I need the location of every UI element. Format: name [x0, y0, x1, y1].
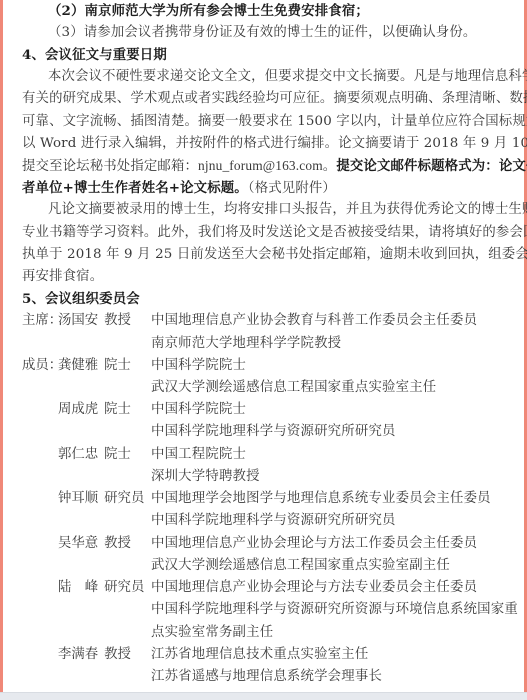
committee-chair: 主席：汤国安教授 [22, 310, 131, 332]
person-desc: 武汉大学测绘遥感信息工程国家重点实验室主任 [151, 377, 436, 399]
page-border-left [0, 0, 3, 693]
committee-member: 李满春教授 [58, 644, 131, 666]
members-label: 成员： [22, 355, 58, 377]
chair-label: 主席： [22, 310, 58, 332]
para2-line: 执单于 2018 年 9 月 25 日前发送至大会秘书处指定邮箱，逾期未收到回执… [22, 244, 527, 266]
person-title: 院士 [104, 355, 131, 377]
para1-line: 有关的研究成果、学术观点或者实践经验均可应征。摘要须观点明确、条理清晰、数据 [22, 88, 527, 110]
committee-member: 郭仁忠院士 [58, 444, 131, 466]
person-desc: 中国地理信息产业协会教育与科普工作委员会主任委员 [151, 310, 477, 332]
committee-member: 成员：龚健雅院士 [22, 355, 131, 377]
person-name: 钟耳顺 [58, 488, 98, 510]
person-desc: 江苏省地理信息技术重点实验室主任 [151, 644, 368, 666]
person-name: 郭仁忠 [58, 444, 98, 466]
person-title: 院士 [104, 399, 131, 421]
committee-member: 周成虎院士 [58, 399, 131, 421]
person-desc: 深圳大学特聘教授 [151, 466, 260, 488]
person-name: 龚健雅 [58, 355, 98, 377]
person-desc: 点实验室常务副主任 [151, 622, 273, 644]
person-title: 研究员 [104, 488, 144, 510]
person-title: 教授 [104, 310, 131, 332]
person-name: 吴华意 [58, 533, 98, 555]
committee-member: 吴华意教授 [58, 533, 131, 555]
committee-member: 钟耳顺研究员 [58, 488, 144, 510]
person-title: 院士 [104, 444, 131, 466]
para1-line: 可靠、文字流畅、插图清楚。摘要一般要求在 1500 字以内，计量单位应符合国标规… [22, 111, 527, 133]
email-suffix: 。 [323, 159, 337, 174]
person-desc: 中国科学院地理科学与资源研究所研究员 [151, 510, 396, 532]
person-desc: 江苏省遥感与地理信息系统学会理事长 [151, 666, 382, 688]
person-desc: 中国科学院院士 [151, 399, 246, 421]
person-title: 研究员 [104, 577, 144, 599]
person-desc: 中国科学院院士 [151, 355, 246, 377]
para1-line: 以 Word 进行录入编辑，并按附件的格式进行编排。论文摘要请于 2018 年 … [22, 133, 527, 155]
viewer-bottom-strip [0, 692, 527, 700]
email-prefix: 提交至论坛秘书处指定邮箱： [22, 159, 198, 174]
committee-member: 陆 峰研究员 [58, 577, 144, 599]
para1-line-email: 提交至论坛秘书处指定邮箱：njnu_forum@163.com。提交论文邮件标题… [22, 155, 527, 177]
section-4-heading: 4、会议征文与重要日期 [22, 44, 167, 66]
person-name: 汤国安 [58, 310, 98, 332]
person-desc: 南京师范大学地理科学学院教授 [151, 333, 341, 355]
format-see-attachment: （格式见附件） [248, 181, 336, 196]
para2-line: 专业书籍等学习资料。此外，我们将及时发送论文是否被接受结果，请将填好的参会回 [22, 222, 527, 244]
email-link[interactable]: njnu_forum@163.com [198, 158, 323, 173]
para1-line-format: 者单位+博士生作者姓名+论文标题。（格式见附件） [22, 177, 336, 199]
person-title: 教授 [104, 644, 131, 666]
para2-line: 再安排食宿。 [22, 266, 103, 288]
note-item-2: （2）南京师范大学为所有参会博士生免费安排食宿； [48, 0, 369, 22]
note-item-3: （3）请参加会议者携带身份证及有效的博士生的证件，以便确认身份。 [48, 22, 476, 44]
para1-line: 本次会议不硬性要求递交论文全文，但要求提交中文长摘要。凡是与地理信息科学 [48, 66, 527, 88]
subject-format-bold: 提交论文邮件标题格式为：论文作 [336, 158, 527, 174]
person-title: 教授 [104, 533, 131, 555]
person-desc: 中国地理信息产业协会理论与方法专业委员会主任委员 [151, 577, 477, 599]
para2-line: 凡论文摘要被录用的博士生，均将安排口头报告，并且为获得优秀论文的博士生赠送 [48, 199, 527, 221]
person-desc: 武汉大学测绘遥感信息工程国家重点实验室副主任 [151, 555, 450, 577]
person-name: 周成虎 [58, 399, 98, 421]
person-name: 李满春 [58, 644, 98, 666]
person-desc: 中国地理学会地图学与地理信息系统专业委员会主任委员 [151, 488, 491, 510]
subject-format-bold-cont: 者单位+博士生作者姓名+论文标题。 [22, 180, 248, 196]
person-name: 陆 峰 [58, 577, 98, 599]
person-desc: 中国地理信息产业协会理论与方法工作委员会主任委员 [151, 533, 477, 555]
person-desc: 中国科学院地理科学与资源研究所资源与环境信息系统国家重 [151, 599, 518, 621]
person-desc: 中国工程院院士 [151, 444, 246, 466]
section-5-heading: 5、会议组织委员会 [22, 288, 140, 310]
person-desc: 中国科学院地理科学与资源研究所研究员 [151, 421, 396, 443]
